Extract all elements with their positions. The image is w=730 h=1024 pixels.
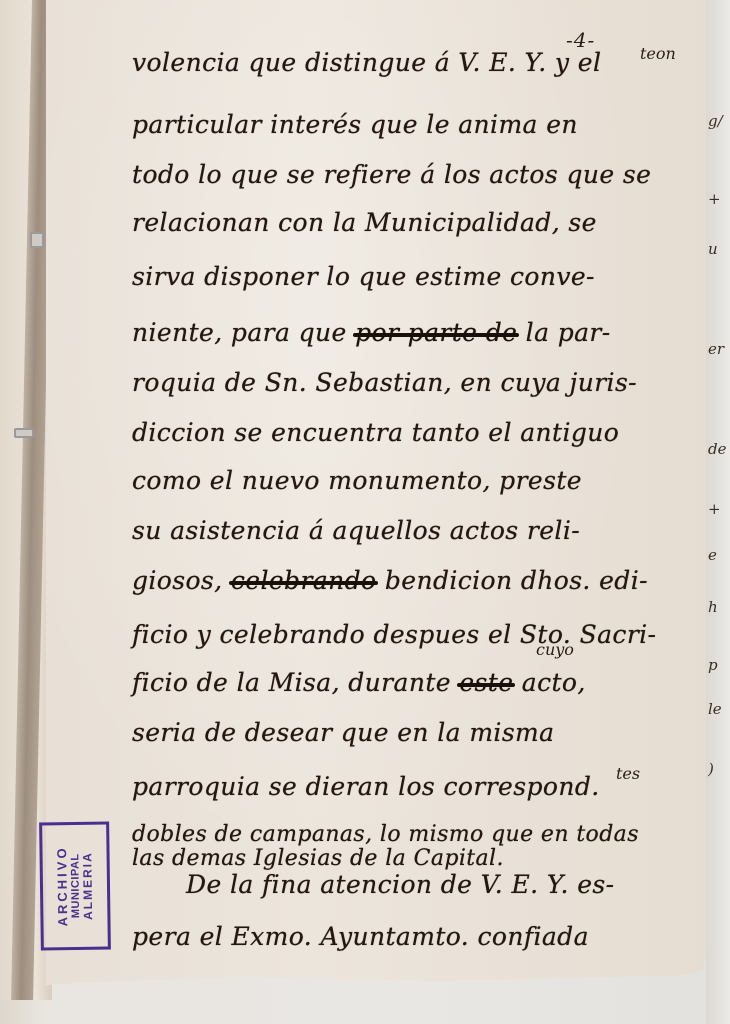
manuscript-line: su asistencia á aquellos actos reli- [132, 516, 580, 545]
manuscript-line: todo lo que se refiere á los actos que s… [132, 160, 651, 189]
manuscript-line: ficio y celebrando despues el Sto. Sacri… [132, 620, 656, 649]
margin-fragment: + [708, 190, 721, 208]
manuscript-line: como el nuevo monumento, preste [132, 466, 582, 495]
manuscript-line: niente, para que por parte de la par- [132, 318, 611, 347]
archive-stamp: ARCHIVO MUNICIPAL ALMERIA [39, 822, 111, 951]
binding-thread-icon [14, 428, 34, 438]
interlinear-insertion: teon [640, 44, 676, 63]
interlinear-insertion: cuyo [536, 640, 574, 659]
manuscript-line: particular interés que le anima en [132, 110, 578, 139]
line-text: ficio de la Misa, durante [132, 668, 451, 697]
interlinear-insertion: tes [616, 764, 640, 783]
manuscript-line: ficio de la Misa, durante este acto, [132, 668, 586, 697]
manuscript-line: volencia que distingue á V. E. Y. y el [132, 48, 601, 77]
manuscript-line: De la fina atencion de V. E. Y. es- [186, 870, 615, 899]
stamp-text: ARCHIVO MUNICIPAL ALMERIA [55, 845, 96, 926]
line-text: niente, para que [132, 318, 347, 347]
margin-fragment: u [708, 240, 718, 258]
manuscript-line: dobles de campanas, lo mismo que en toda… [132, 822, 639, 847]
line-text: acto, [522, 668, 586, 697]
struck-through-text: este [459, 668, 513, 697]
stamp-line: ARCHIVO [55, 846, 70, 927]
line-text: bendicion dhos. edi- [385, 566, 648, 595]
binding-thread-icon [30, 232, 44, 248]
margin-fragment: g/ [708, 112, 723, 130]
margin-fragment: e [708, 546, 717, 564]
margin-fragment: p [708, 656, 718, 674]
manuscript-line: sirva disponer lo que estime conve- [132, 262, 595, 291]
struck-through-text: celebrando [231, 566, 377, 595]
margin-fragment: le [708, 700, 722, 718]
manuscript-line: pera el Exmo. Ayuntamto. confiada [132, 922, 589, 951]
manuscript-line: diccion se encuentra tanto el antiguo [132, 418, 619, 447]
line-text: giosos, [132, 566, 223, 595]
margin-fragment: + [708, 500, 721, 518]
manuscript-line: relacionan con la Municipalidad, se [132, 208, 597, 237]
manuscript-line: las demas Iglesias de la Capital. [132, 846, 504, 871]
manuscript-line: seria de desear que en la misma [132, 718, 554, 747]
manuscript-line: roquia de Sn. Sebastian, en cuya juris- [132, 368, 637, 397]
line-text: la par- [526, 318, 611, 347]
margin-fragment: er [708, 340, 724, 358]
margin-fragment: h [708, 598, 718, 616]
manuscript-line: giosos, celebrando bendicion dhos. edi- [132, 566, 648, 595]
stamp-line: ALMERIA [81, 851, 95, 920]
manuscript-line: parroquia se dieran los correspond. [132, 772, 600, 801]
margin-fragment: ) [708, 760, 714, 778]
struck-through-text: por parte de [355, 318, 517, 347]
margin-fragment: de [708, 440, 726, 458]
